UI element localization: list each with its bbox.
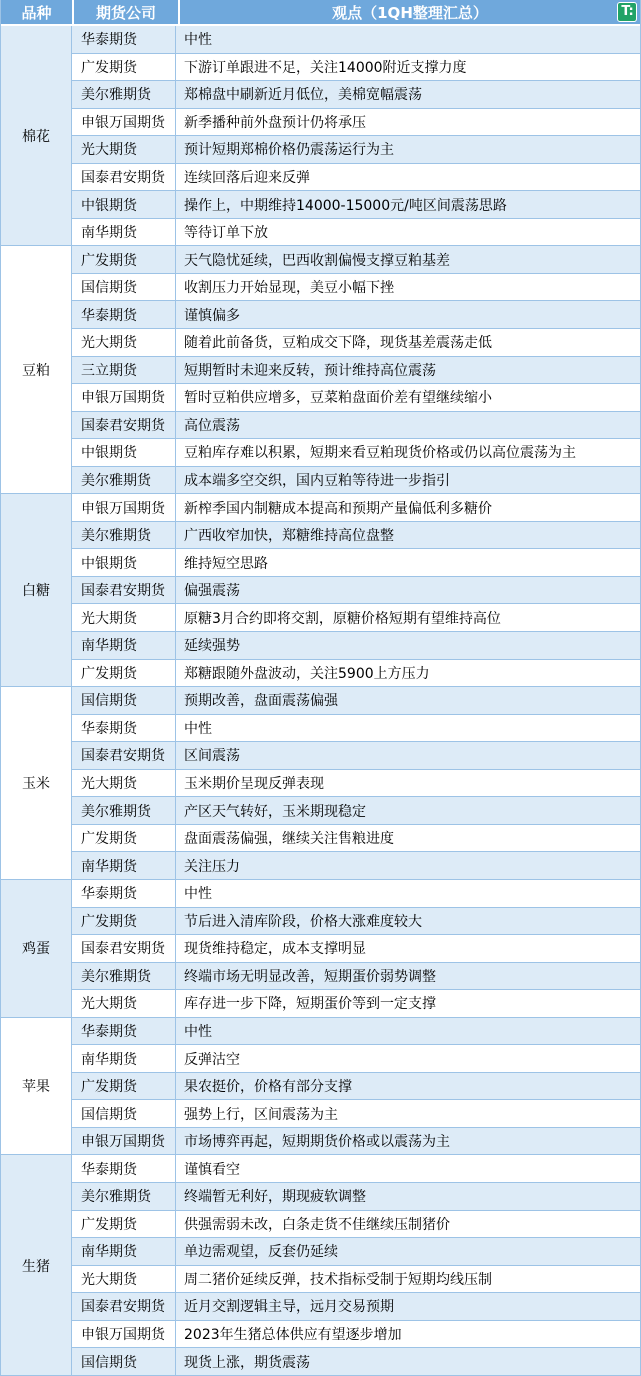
table-row: 华泰期货中性 — [72, 1018, 640, 1046]
company-cell: 美尔雅期货 — [72, 467, 176, 494]
company-cell: 华泰期货 — [72, 26, 176, 53]
commodity-section: 生猪华泰期货谨慎看空美尔雅期货终端暂无利好，期现疲软调整广发期货供强需弱未改，白… — [1, 1155, 640, 1375]
table-row: 中银期货操作上，中期维持14000-15000元/吨区间震荡思路 — [72, 191, 640, 219]
company-cell: 中银期货 — [72, 439, 176, 466]
company-cell: 光大期货 — [72, 1266, 176, 1293]
table-row: 广发期货供强需弱未改，白条走货不佳继续压制猪价 — [72, 1211, 640, 1239]
company-cell: 中银期货 — [72, 549, 176, 576]
table-row: 光大期货周二猪价延续反弹，技术指标受制于短期均线压制 — [72, 1266, 640, 1294]
table-row: 华泰期货谨慎看空 — [72, 1155, 640, 1183]
company-cell: 华泰期货 — [72, 301, 176, 328]
variety-cell: 豆粕 — [1, 246, 72, 494]
opinion-cell: 现货上涨，期货震荡 — [176, 1348, 640, 1375]
table-row: 华泰期货中性 — [72, 880, 640, 908]
table-row: 申银万国期货新季播种前外盘预计仍将承压 — [72, 109, 640, 137]
opinion-cell: 广西收窄加快，郑糖维持高位盘整 — [176, 522, 640, 549]
company-cell: 国泰君安期货 — [72, 1293, 176, 1320]
opinion-cell: 关注压力 — [176, 852, 640, 879]
opinion-cell: 中性 — [176, 715, 640, 742]
company-cell: 南华期货 — [72, 1238, 176, 1265]
opinion-cell: 近月交割逻辑主导，远月交易预期 — [176, 1293, 640, 1320]
company-cell: 美尔雅期货 — [72, 963, 176, 990]
table-row: 华泰期货中性 — [72, 26, 640, 54]
table-row: 南华期货等待订单下放 — [72, 219, 640, 247]
ifind-logo-icon: T: — [617, 2, 637, 22]
opinion-cell: 原糖3月合约即将交割，原糖价格短期有望维持高位 — [176, 604, 640, 631]
company-cell: 华泰期货 — [72, 1018, 176, 1045]
opinion-cell: 谨慎偏多 — [176, 301, 640, 328]
table-body: 棉花华泰期货中性广发期货下游订单跟进不足，关注14000附近支撑力度美尔雅期货郑… — [1, 26, 640, 1375]
header-opinion: 观点（1QH整理汇总） T: — [180, 0, 640, 24]
company-cell: 中银期货 — [72, 191, 176, 218]
company-cell: 国信期货 — [72, 274, 176, 301]
company-cell: 国泰君安期货 — [72, 412, 176, 439]
section-rows: 申银万国期货新榨季国内制糖成本提高和预期产量偏低利多糖价美尔雅期货广西收窄加快，… — [72, 494, 640, 687]
company-cell: 美尔雅期货 — [72, 797, 176, 824]
opinion-cell: 现货维持稳定，成本支撑明显 — [176, 935, 640, 962]
commodity-section: 苹果华泰期货中性南华期货反弹沽空广发期货果农挺价，价格有部分支撑国信期货强势上行… — [1, 1018, 640, 1156]
variety-cell: 棉花 — [1, 26, 72, 246]
table-row: 光大期货库存进一步下降，短期蛋价等到一定支撑 — [72, 990, 640, 1018]
table-row: 国信期货强势上行，区间震荡为主 — [72, 1100, 640, 1128]
company-cell: 国泰君安期货 — [72, 935, 176, 962]
opinion-cell: 中性 — [176, 26, 640, 53]
opinion-cell: 产区天气转好，玉米期现稳定 — [176, 797, 640, 824]
variety-cell: 生猪 — [1, 1155, 72, 1375]
opinion-cell: 高位震荡 — [176, 412, 640, 439]
variety-cell: 苹果 — [1, 1018, 72, 1156]
company-cell: 国信期货 — [72, 687, 176, 714]
opinion-cell: 终端市场无明显改善，短期蛋价弱势调整 — [176, 963, 640, 990]
opinion-cell: 偏强震荡 — [176, 577, 640, 604]
commodity-section: 豆粕广发期货天气隐忧延续，巴西收割偏慢支撑豆粕基差国信期货收割压力开始显现，美豆… — [1, 246, 640, 494]
opinion-cell: 郑棉盘中刷新近月低位，美棉宽幅震荡 — [176, 81, 640, 108]
table-row: 华泰期货谨慎偏多 — [72, 301, 640, 329]
company-cell: 广发期货 — [72, 908, 176, 935]
opinion-cell: 维持短空思路 — [176, 549, 640, 576]
table-row: 广发期货郑糖跟随外盘波动，关注5900上方压力 — [72, 660, 640, 688]
opinion-cell: 2023年生猪总体供应有望逐步增加 — [176, 1321, 640, 1348]
table-row: 三立期货短期暂时未迎来反转，预计维持高位震荡 — [72, 357, 640, 385]
variety-cell: 玉米 — [1, 687, 72, 880]
opinion-cell: 节后进入清库阶段，价格大涨难度较大 — [176, 908, 640, 935]
opinion-cell: 谨慎看空 — [176, 1155, 640, 1182]
table-row: 美尔雅期货终端暂无利好，期现疲软调整 — [72, 1183, 640, 1211]
table-row: 光大期货预计短期郑棉价格仍震荡运行为主 — [72, 136, 640, 164]
variety-cell: 白糖 — [1, 494, 72, 687]
opinion-cell: 预期改善，盘面震荡偏强 — [176, 687, 640, 714]
table-row: 国信期货现货上涨，期货震荡 — [72, 1348, 640, 1375]
company-cell: 国信期货 — [72, 1100, 176, 1127]
opinion-cell: 周二猪价延续反弹，技术指标受制于短期均线压制 — [176, 1266, 640, 1293]
company-cell: 国泰君安期货 — [72, 164, 176, 191]
section-rows: 华泰期货中性南华期货反弹沽空广发期货果农挺价，价格有部分支撑国信期货强势上行，区… — [72, 1018, 640, 1156]
variety-cell: 鸡蛋 — [1, 880, 72, 1018]
opinion-cell: 下游订单跟进不足，关注14000附近支撑力度 — [176, 54, 640, 81]
section-rows: 华泰期货中性广发期货节后进入清库阶段，价格大涨难度较大国泰君安期货现货维持稳定，… — [72, 880, 640, 1018]
company-cell: 广发期货 — [72, 660, 176, 687]
opinion-cell: 等待订单下放 — [176, 219, 640, 246]
table-row: 申银万国期货新榨季国内制糖成本提高和预期产量偏低利多糖价 — [72, 494, 640, 522]
opinion-cell: 随着此前备货，豆粕成交下降，现货基差震荡走低 — [176, 329, 640, 356]
company-cell: 光大期货 — [72, 136, 176, 163]
opinion-cell: 强势上行，区间震荡为主 — [176, 1100, 640, 1127]
opinion-cell: 天气隐忧延续，巴西收割偏慢支撑豆粕基差 — [176, 246, 640, 273]
company-cell: 光大期货 — [72, 770, 176, 797]
table-header: 品种 期货公司 观点（1QH整理汇总） T: — [1, 0, 640, 26]
table-row: 广发期货果农挺价，价格有部分支撑 — [72, 1073, 640, 1101]
company-cell: 广发期货 — [72, 1211, 176, 1238]
company-cell: 南华期货 — [72, 852, 176, 879]
opinion-cell: 终端暂无利好，期现疲软调整 — [176, 1183, 640, 1210]
opinion-cell: 单边需观望，反套仍延续 — [176, 1238, 640, 1265]
opinion-cell: 果农挺价，价格有部分支撑 — [176, 1073, 640, 1100]
company-cell: 美尔雅期货 — [72, 522, 176, 549]
opinion-cell: 中性 — [176, 880, 640, 907]
company-cell: 国信期货 — [72, 1348, 176, 1375]
company-cell: 广发期货 — [72, 54, 176, 81]
section-rows: 华泰期货中性广发期货下游订单跟进不足，关注14000附近支撑力度美尔雅期货郑棉盘… — [72, 26, 640, 246]
opinion-cell: 玉米期价呈现反弹表现 — [176, 770, 640, 797]
section-rows: 华泰期货谨慎看空美尔雅期货终端暂无利好，期现疲软调整广发期货供强需弱未改，白条走… — [72, 1155, 640, 1375]
company-cell: 国泰君安期货 — [72, 742, 176, 769]
company-cell: 光大期货 — [72, 329, 176, 356]
table-row: 美尔雅期货郑棉盘中刷新近月低位，美棉宽幅震荡 — [72, 81, 640, 109]
company-cell: 光大期货 — [72, 990, 176, 1017]
company-cell: 南华期货 — [72, 632, 176, 659]
company-cell: 南华期货 — [72, 219, 176, 246]
company-cell: 广发期货 — [72, 246, 176, 273]
opinion-cell: 暂时豆粕供应增多，豆菜粕盘面价差有望继续缩小 — [176, 384, 640, 411]
company-cell: 申银万国期货 — [72, 494, 176, 521]
opinion-cell: 反弹沽空 — [176, 1045, 640, 1072]
company-cell: 申银万国期货 — [72, 1321, 176, 1348]
table-row: 申银万国期货2023年生猪总体供应有望逐步增加 — [72, 1321, 640, 1349]
opinion-cell: 豆粕库存难以积累，短期来看豆粕现货价格或仍以高位震荡为主 — [176, 439, 640, 466]
company-cell: 华泰期货 — [72, 1155, 176, 1182]
company-cell: 申银万国期货 — [72, 109, 176, 136]
company-cell: 美尔雅期货 — [72, 81, 176, 108]
table-row: 国信期货收割压力开始显现，美豆小幅下挫 — [72, 274, 640, 302]
header-variety: 品种 — [1, 0, 72, 24]
table-row: 中银期货维持短空思路 — [72, 549, 640, 577]
opinion-cell: 郑糖跟随外盘波动，关注5900上方压力 — [176, 660, 640, 687]
opinion-cell: 收割压力开始显现，美豆小幅下挫 — [176, 274, 640, 301]
opinion-cell: 中性 — [176, 1018, 640, 1045]
table-row: 南华期货反弹沽空 — [72, 1045, 640, 1073]
table-row: 光大期货随着此前备货，豆粕成交下降，现货基差震荡走低 — [72, 329, 640, 357]
table-row: 国泰君安期货区间震荡 — [72, 742, 640, 770]
table-row: 南华期货延续强势 — [72, 632, 640, 660]
table-row: 申银万国期货市场博弈再起，短期期货价格或以震荡为主 — [72, 1128, 640, 1156]
table-row: 广发期货盘面震荡偏强，继续关注售粮进度 — [72, 825, 640, 853]
company-cell: 广发期货 — [72, 825, 176, 852]
section-rows: 广发期货天气隐忧延续，巴西收割偏慢支撑豆粕基差国信期货收割压力开始显现，美豆小幅… — [72, 246, 640, 494]
table-row: 美尔雅期货成本端多空交织，国内豆粕等待进一步指引 — [72, 467, 640, 495]
company-cell: 南华期货 — [72, 1045, 176, 1072]
opinion-cell: 连续回落后迎来反弹 — [176, 164, 640, 191]
company-cell: 广发期货 — [72, 1073, 176, 1100]
commodity-section: 鸡蛋华泰期货中性广发期货节后进入清库阶段，价格大涨难度较大国泰君安期货现货维持稳… — [1, 880, 640, 1018]
opinion-cell: 新榨季国内制糖成本提高和预期产量偏低利多糖价 — [176, 494, 640, 521]
table-row: 国泰君安期货高位震荡 — [72, 412, 640, 440]
company-cell: 申银万国期货 — [72, 1128, 176, 1155]
table-row: 申银万国期货暂时豆粕供应增多，豆菜粕盘面价差有望继续缩小 — [72, 384, 640, 412]
header-opinion-label: 观点（1QH整理汇总） — [332, 2, 488, 23]
company-cell: 国泰君安期货 — [72, 577, 176, 604]
table-row: 国泰君安期货连续回落后迎来反弹 — [72, 164, 640, 192]
table-row: 国泰君安期货近月交割逻辑主导，远月交易预期 — [72, 1293, 640, 1321]
table-row: 光大期货原糖3月合约即将交割，原糖价格短期有望维持高位 — [72, 604, 640, 632]
company-cell: 光大期货 — [72, 604, 176, 631]
company-cell: 申银万国期货 — [72, 384, 176, 411]
table-row: 美尔雅期货广西收窄加快，郑糖维持高位盘整 — [72, 522, 640, 550]
futures-opinions-table: 品种 期货公司 观点（1QH整理汇总） T: 棉花华泰期货中性广发期货下游订单跟… — [0, 0, 641, 1376]
table-row: 南华期货关注压力 — [72, 852, 640, 880]
table-row: 国信期货预期改善，盘面震荡偏强 — [72, 687, 640, 715]
table-row: 广发期货下游订单跟进不足，关注14000附近支撑力度 — [72, 54, 640, 82]
table-row: 美尔雅期货产区天气转好，玉米期现稳定 — [72, 797, 640, 825]
opinion-cell: 延续强势 — [176, 632, 640, 659]
company-cell: 华泰期货 — [72, 715, 176, 742]
opinion-cell: 库存进一步下降，短期蛋价等到一定支撑 — [176, 990, 640, 1017]
company-cell: 美尔雅期货 — [72, 1183, 176, 1210]
opinion-cell: 盘面震荡偏强，继续关注售粮进度 — [176, 825, 640, 852]
opinion-cell: 区间震荡 — [176, 742, 640, 769]
table-row: 光大期货玉米期价呈现反弹表现 — [72, 770, 640, 798]
table-row: 广发期货天气隐忧延续，巴西收割偏慢支撑豆粕基差 — [72, 246, 640, 274]
table-row: 国泰君安期货现货维持稳定，成本支撑明显 — [72, 935, 640, 963]
commodity-section: 白糖申银万国期货新榨季国内制糖成本提高和预期产量偏低利多糖价美尔雅期货广西收窄加… — [1, 494, 640, 687]
opinion-cell: 预计短期郑棉价格仍震荡运行为主 — [176, 136, 640, 163]
table-row: 南华期货单边需观望，反套仍延续 — [72, 1238, 640, 1266]
opinion-cell: 短期暂时未迎来反转，预计维持高位震荡 — [176, 357, 640, 384]
table-row: 美尔雅期货终端市场无明显改善，短期蛋价弱势调整 — [72, 963, 640, 991]
table-row: 国泰君安期货偏强震荡 — [72, 577, 640, 605]
opinion-cell: 成本端多空交织，国内豆粕等待进一步指引 — [176, 467, 640, 494]
commodity-section: 玉米国信期货预期改善，盘面震荡偏强华泰期货中性国泰君安期货区间震荡光大期货玉米期… — [1, 687, 640, 880]
table-row: 广发期货节后进入清库阶段，价格大涨难度较大 — [72, 908, 640, 936]
table-row: 中银期货豆粕库存难以积累，短期来看豆粕现货价格或仍以高位震荡为主 — [72, 439, 640, 467]
opinion-cell: 新季播种前外盘预计仍将承压 — [176, 109, 640, 136]
opinion-cell: 操作上，中期维持14000-15000元/吨区间震荡思路 — [176, 191, 640, 218]
section-rows: 国信期货预期改善，盘面震荡偏强华泰期货中性国泰君安期货区间震荡光大期货玉米期价呈… — [72, 687, 640, 880]
header-company: 期货公司 — [74, 0, 178, 24]
opinion-cell: 市场博弈再起，短期期货价格或以震荡为主 — [176, 1128, 640, 1155]
opinion-cell: 供强需弱未改，白条走货不佳继续压制猪价 — [176, 1211, 640, 1238]
company-cell: 三立期货 — [72, 357, 176, 384]
commodity-section: 棉花华泰期货中性广发期货下游订单跟进不足，关注14000附近支撑力度美尔雅期货郑… — [1, 26, 640, 246]
table-row: 华泰期货中性 — [72, 715, 640, 743]
company-cell: 华泰期货 — [72, 880, 176, 907]
